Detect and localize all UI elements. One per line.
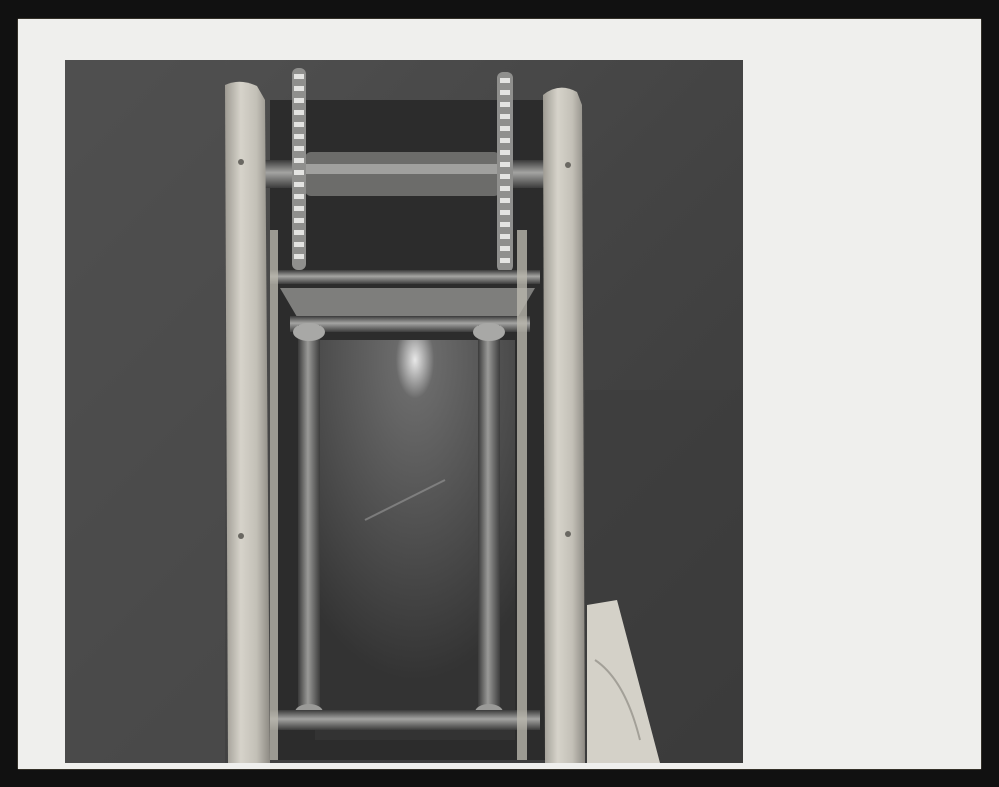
left-sprocket xyxy=(292,68,306,270)
right-wooden-upright xyxy=(543,88,585,763)
left-wooden-upright xyxy=(225,82,270,763)
photograph xyxy=(65,60,743,763)
right-sprocket xyxy=(497,72,513,272)
photo-scene xyxy=(65,60,743,763)
photo-print-mount xyxy=(18,19,981,769)
